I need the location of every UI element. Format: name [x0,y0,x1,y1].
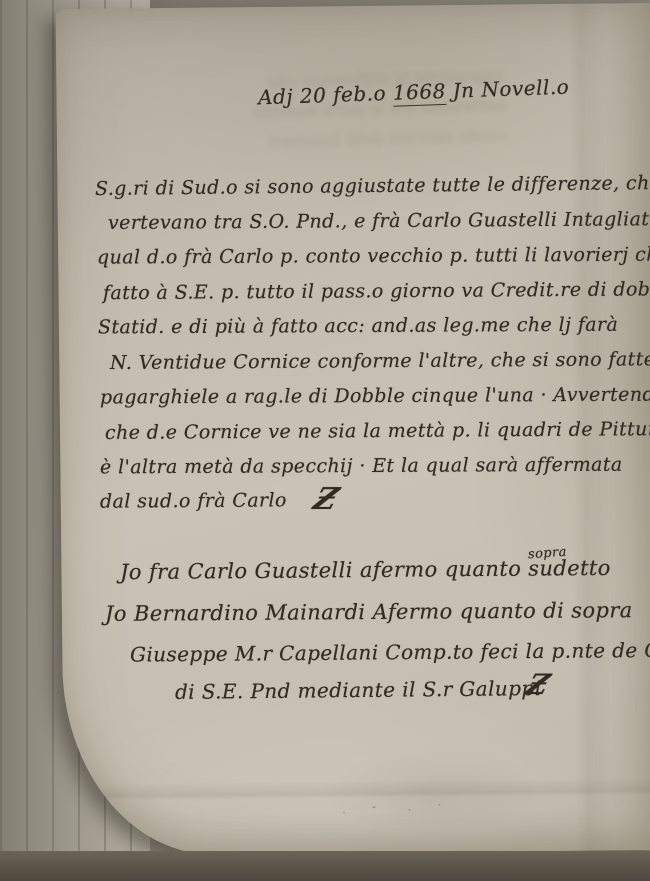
date-place: Jn Novell.o [445,75,569,103]
manuscript-line: Statid. e di più à fatto acc: and.as leg… [98,314,618,339]
manuscript-photo: aggiustate le differenze che vertevano t… [0,0,650,881]
manuscript-line: che d.e Cornice ve ne sia la mettà p. li… [105,418,650,444]
manuscript-line: è l'altra metà da specchij · Et la qual … [100,454,623,479]
manuscript-line: dal sud.o frà Carlo [100,489,287,512]
manuscript-line: Jo Bernardino Mainardi Afermo quanto di … [105,598,633,626]
manuscript-line: fatto à S.E. p. tutto il pass.o giorno v… [103,278,650,304]
manuscript-line: Giuseppe M.r Capellani Comp.to feci la p… [130,637,650,666]
manuscript-line: vertevano tra S.O. Pnd., e frà Carlo Gua… [108,208,650,234]
date-year-underlined: 1668 [393,79,447,107]
date-prefix: Adj 20 feb.o [258,81,394,110]
manuscript-line: N. Ventidue Cornice conforme l'altre, ch… [110,348,650,374]
manuscript-line: pagarghiele a rag.le di Dobble cinque l'… [100,384,650,409]
manuscript-line: sopra [528,545,568,563]
table-edge [0,851,650,881]
manuscript-line: di S.E. Pnd mediante il S.r Galuppi [175,676,542,704]
manuscript-line: qual d.o frà Carlo p. conto vecchio p. t… [97,243,650,268]
